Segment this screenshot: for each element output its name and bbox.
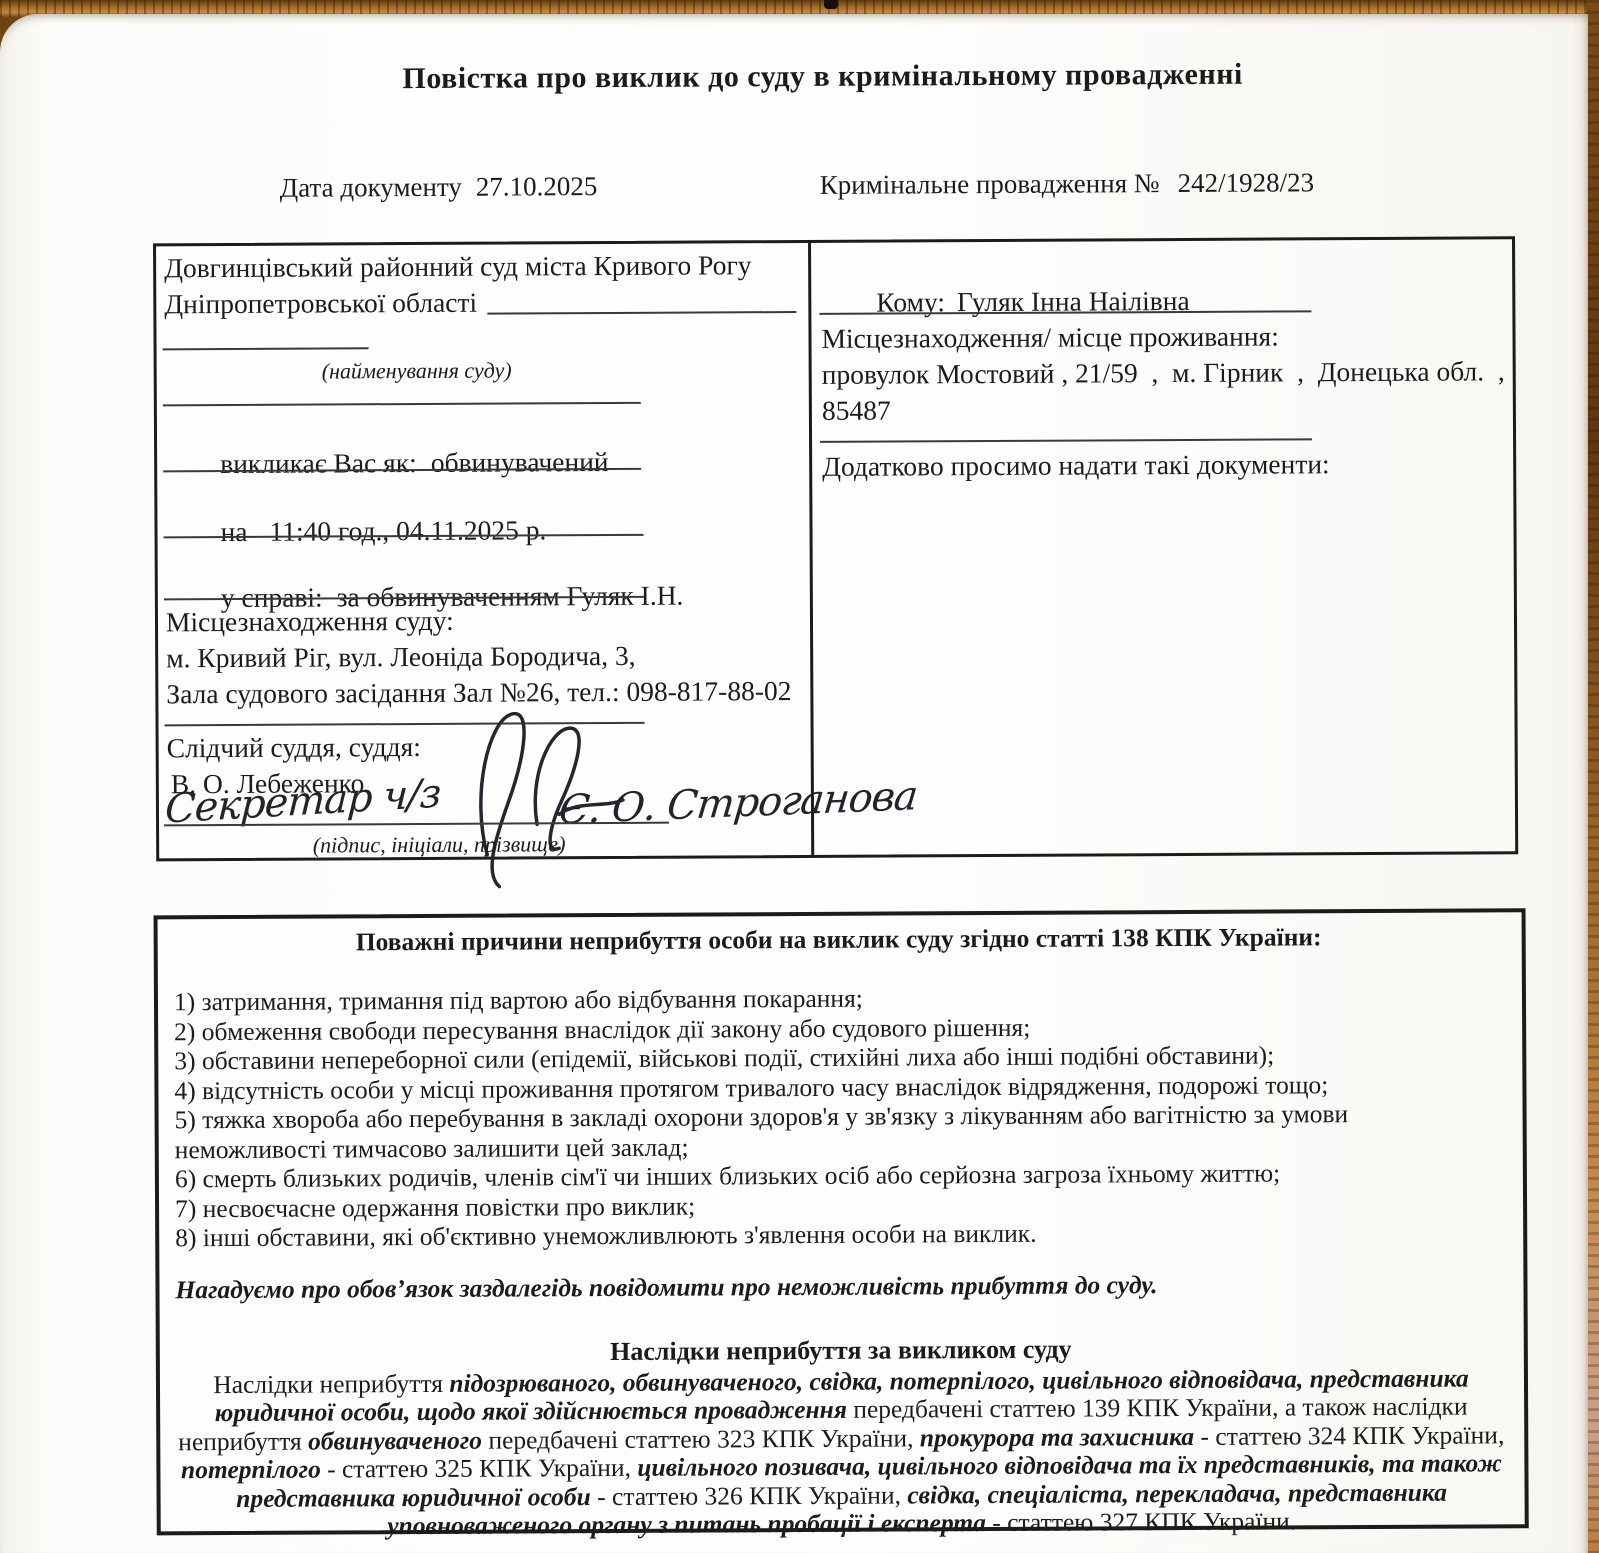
reason-item: 8) інші обставини, які об'єктивно унемож… — [175, 1216, 1505, 1252]
residence-label: Місцезнаходження/ місце проживання: — [821, 317, 1501, 357]
case-number-value: 242/1928/23 — [1178, 167, 1315, 198]
court-cell: Довгинцівський районний суд міста Кривог… — [156, 243, 814, 858]
blank-line — [165, 722, 645, 727]
case-number-label: Кримінальне провадження № — [820, 168, 1160, 200]
consequences-paragraph: Наслідки неприбуття підозрюваного, обвин… — [176, 1364, 1507, 1542]
court-name-line1: Довгинцівський районний суд міста Кривог… — [164, 247, 800, 286]
summons-table: Довгинцівський районний суд міста Кривог… — [153, 236, 1518, 861]
handwriting-secretary-text: Секретар ч/з — [164, 776, 441, 828]
document-title: Повістка про виклик до суду в кримінальн… — [23, 56, 1599, 98]
court-location-line2: Зала судового засідання Зал №26, тел.: 0… — [166, 673, 802, 712]
court-name-caption: (найменування суду) — [217, 352, 617, 390]
handwritten-secretary-note: Секретар ч/з — [165, 783, 441, 820]
case-number-row: Кримінальне провадження №242/1928/23 — [820, 167, 1315, 201]
valid-reasons-box: Поважні причини неприбуття особи на викл… — [154, 908, 1529, 1535]
valid-reasons-header: Поважні причини неприбуття особи на викл… — [174, 920, 1504, 959]
signature-caption: (підпис, ініціали, прізвище) — [189, 826, 689, 865]
blank-line — [820, 438, 1312, 443]
court-name-line2-row: Дніпропетровської області — [164, 283, 800, 322]
date-value: 27.10.2025 — [476, 171, 598, 202]
valid-reasons-list: 1) затримання, тримання під вартою або в… — [174, 980, 1505, 1252]
reason-item: 5) тяжка хвороба або перебування в закла… — [175, 1098, 1505, 1164]
court-name-line2: Дніпропетровської області — [164, 285, 477, 323]
documents-request: Додатково просимо надати такі документи: — [822, 445, 1502, 485]
hearing-time-label: на — [220, 516, 247, 547]
residence-address-line2: 85487 — [822, 389, 1502, 429]
date-label: Дата документу — [280, 172, 462, 203]
summon-as-value: обвинувачений — [431, 446, 609, 478]
document-content: Повістка про виклик до суду в кримінальн… — [0, 0, 1599, 1553]
blank-line — [163, 402, 641, 407]
judge-label: Слідчий суддя, суддя: — [167, 727, 797, 766]
document-date-row: Дата документу27.10.2025 — [280, 171, 598, 204]
court-location-line1: м. Кривий Ріг, вул. Леоніда Бородича, 3, — [166, 637, 802, 676]
recipient-cell: Кому:Гуляк Інна Наілівна Місцезнаходженн… — [811, 239, 1515, 855]
blank-line — [163, 347, 369, 350]
summon-as-label: викликає Вас як: — [220, 447, 417, 479]
photographed-court-summons: { "doc": { "title": "Повістка про виклик… — [0, 0, 1599, 1553]
court-location-label: Місцезнаходження суду: — [166, 601, 802, 640]
residence-address-line1: провулок Мостовий , 21/59 , м. Гірник , … — [822, 353, 1512, 393]
blank-line — [487, 311, 796, 315]
notify-obligation-reminder: Нагадуємо про обов’язок заздалегідь пові… — [175, 1268, 1505, 1305]
